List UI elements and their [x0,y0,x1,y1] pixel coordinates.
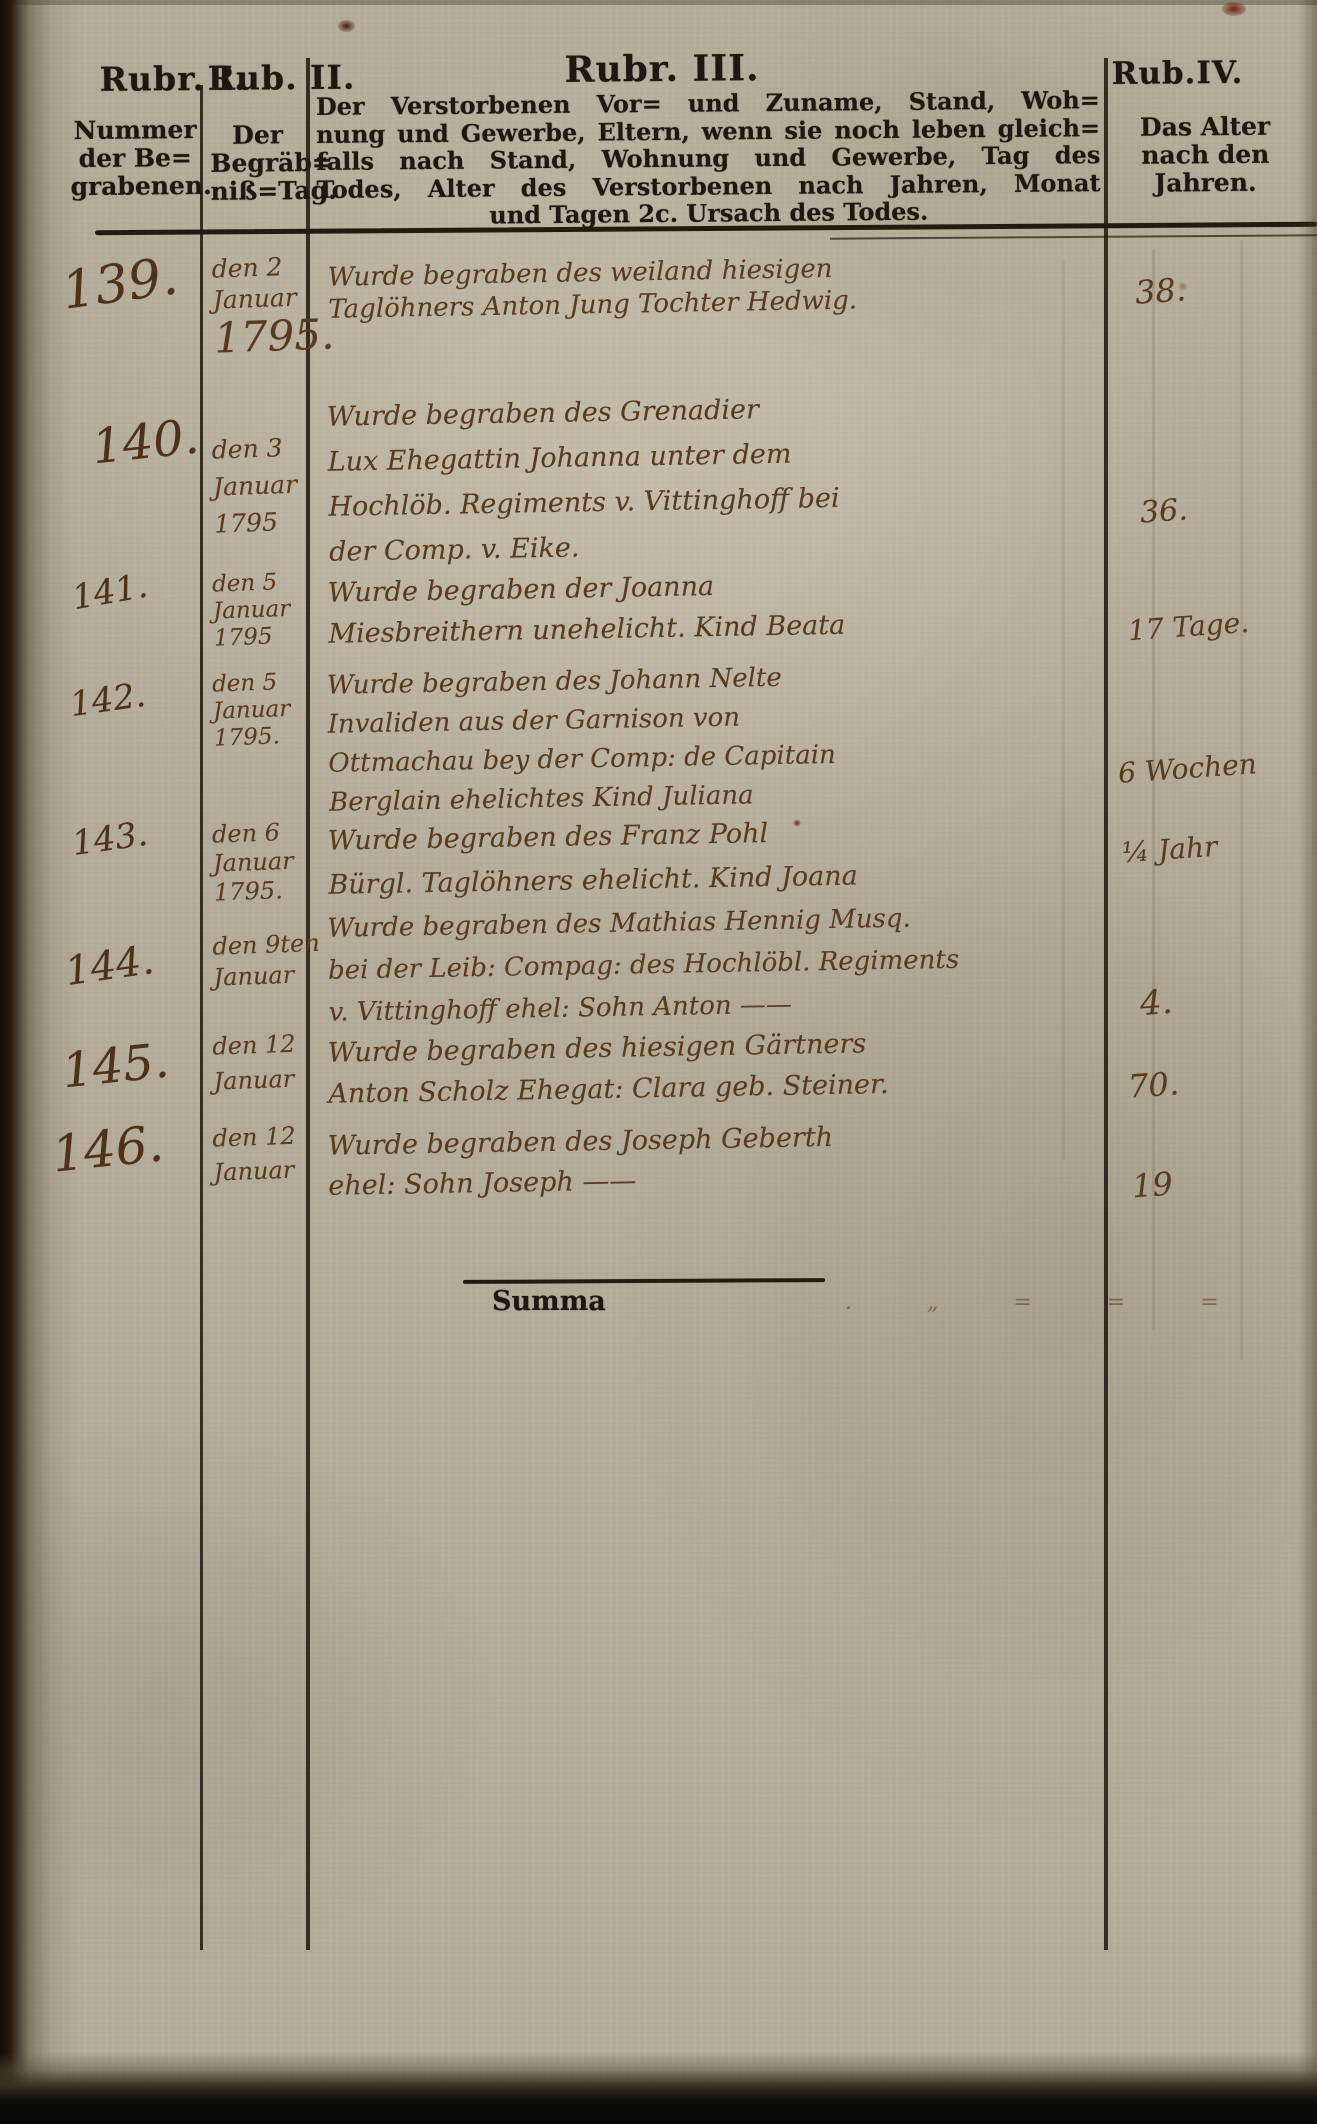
entry-description: Wurde begraben des weiland hiesigenTaglö… [328,248,1104,326]
entry-description: Wurde begraben des Johann NelteInvaliden… [327,653,1105,823]
entries-layer: 139.den 2Januar1795.Wurde begraben des w… [0,0,1317,2124]
entry-burial-date-line: Januar [213,846,306,878]
entry-burial-date: den 2Januar1795. [211,250,307,361]
entry-burial-date-line: 1795. [213,722,306,752]
entry-burial-date-line: den 12 [212,1118,305,1155]
page-gutter-shadow [0,0,80,2124]
entry-description: Wurde begraben des Joseph Geberthehel: S… [327,1113,1103,1207]
entry-number: 143. [70,814,151,864]
entry-description: Wurde begraben des Mathias Hennig Musq.b… [327,894,1104,1034]
ink-speck [793,819,801,827]
entry-burial-date-line: den 5 [212,568,305,598]
entry-description: Wurde begraben des GrenadierLux Ehegatti… [326,381,1104,574]
entry-burial-date-line: 1795. [213,312,307,361]
paper-blemish [1178,282,1188,291]
entry-burial-date-line: den 2 [211,250,304,284]
entry-burial-date-line: Januar [213,695,306,725]
entry-age: 38. [1134,270,1187,311]
entry-burial-date: den 12Januar [212,1118,306,1189]
entry-description: Wurde begraben des hiesigen GärtnersAnto… [327,1019,1103,1115]
entry-age: 17 Tage. [1127,606,1250,647]
entry-burial-date: den 12Januar [212,1026,306,1099]
entry-number: 141. [69,566,150,619]
entry-age: 4. [1139,982,1174,1024]
page-bottom-edge [0,2052,1317,2124]
entry-burial-date: den 3Januar1795 [211,428,307,542]
summa-ditto-marks: . „ = = = [845,1290,1253,1315]
entry-age: ¼ Jahr [1121,830,1218,870]
entry-burial-date-line: Januar [213,1061,306,1099]
entry-burial-date-line: Januar [213,595,306,625]
page-right-edge [1299,0,1317,2124]
entry-burial-date-line: Januar [213,1152,306,1189]
entry-age: 6 Wochen [1117,747,1258,790]
entry-burial-date-line: den 5 [212,668,305,698]
fold-mark [1062,260,1065,1160]
entry-burial-date-line: den 3 [211,428,304,468]
fold-mark [1152,250,1155,1330]
entry-burial-date-line: den 12 [212,1026,305,1064]
burial-register-page: Rubr. I. Rub. II. Rubr. III. Rub.IV. Num… [0,0,1317,2124]
fold-mark [1240,240,1243,1360]
entry-burial-date-line: 1795 [213,622,306,652]
entry-description: Wurde begraben des Franz PohlBürgl. Tagl… [327,806,1103,908]
entry-burial-date-line: Januar [212,465,305,505]
ink-stain [338,20,355,32]
entry-burial-date-line: 1795. [214,875,307,907]
entry-burial-date: den 9tenJanuar [212,928,306,993]
entry-burial-date-line: Januar [213,959,306,993]
entry-burial-date: den 5Januar1795. [212,668,307,752]
entry-description: Wurde begraben der JoannaMiesbreithern u… [327,559,1103,655]
entry-burial-date-line: den 9ten [212,928,305,962]
summa-label: Summa [492,1286,606,1317]
entry-burial-date-line: 1795 [214,502,307,542]
entry-age: 36. [1139,492,1189,530]
entry-burial-date-line: den 6 [212,817,305,849]
entry-burial-date: den 6Januar1795. [212,817,307,907]
page-top-edge [0,0,1317,5]
entry-number: 140. [89,409,201,476]
entry-burial-date: den 5Januar1795 [212,568,307,652]
